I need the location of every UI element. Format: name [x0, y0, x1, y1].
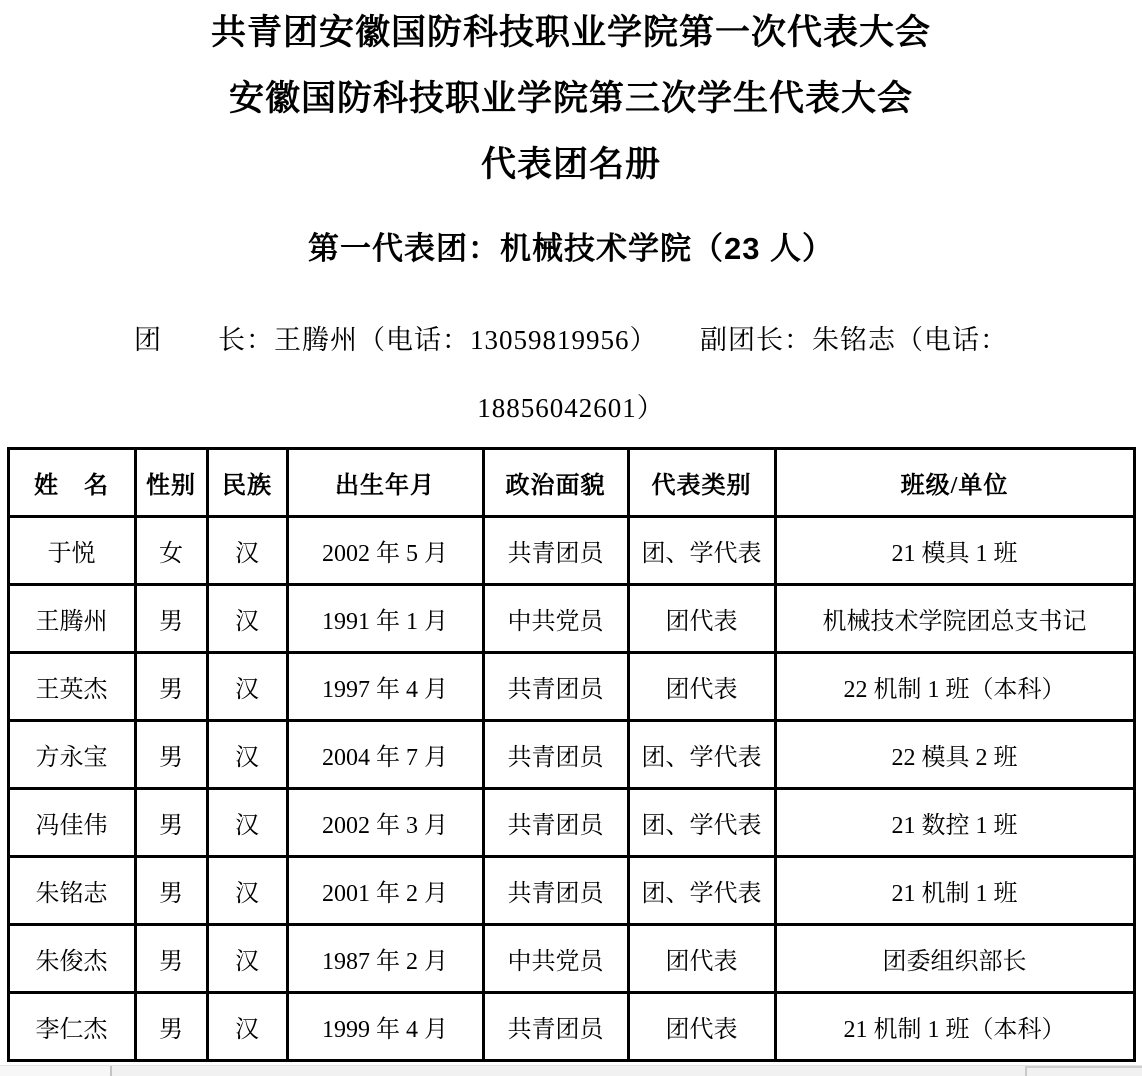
- scrollbar-thumb[interactable]: [0, 1066, 112, 1076]
- table-row: 王英杰男汉1997 年 4 月共青团员团代表22 机制 1 班（本科）: [8, 653, 1134, 721]
- table-cell: 汉: [207, 721, 287, 789]
- table-cell: 共青团员: [483, 517, 628, 585]
- table-cell: 汉: [207, 789, 287, 857]
- table-cell: 机械技术学院团总支书记: [775, 585, 1134, 653]
- table-cell: 2004 年 7 月: [287, 721, 483, 789]
- table-cell: 男: [135, 789, 207, 857]
- roster-table: 姓 名性别民族出生年月政治面貌代表类别班级/单位 于悦女汉2002 年 5 月共…: [7, 447, 1136, 1062]
- title-line-3: 代表团名册: [0, 132, 1142, 198]
- table-cell: 男: [135, 653, 207, 721]
- table-row: 朱铭志男汉2001 年 2 月共青团员团、学代表21 机制 1 班: [8, 857, 1134, 925]
- table-cell: 中共党员: [483, 925, 628, 993]
- title-line-1: 共青团安徽国防科技职业学院第一次代表大会: [0, 0, 1142, 66]
- table-cell: 汉: [207, 925, 287, 993]
- table-cell: 共青团员: [483, 857, 628, 925]
- column-header: 政治面貌: [483, 449, 628, 517]
- table-cell: 于悦: [8, 517, 135, 585]
- table-cell: 团、学代表: [628, 857, 775, 925]
- column-header: 性别: [135, 449, 207, 517]
- column-header: 代表类别: [628, 449, 775, 517]
- table-cell: 1987 年 2 月: [287, 925, 483, 993]
- table-cell: 2001 年 2 月: [287, 857, 483, 925]
- table-cell: 1999 年 4 月: [287, 993, 483, 1061]
- table-cell: 22 机制 1 班（本科）: [775, 653, 1134, 721]
- document-page: 共青团安徽国防科技职业学院第一次代表大会 安徽国防科技职业学院第三次学生代表大会…: [0, 0, 1142, 1076]
- table-cell: 女: [135, 517, 207, 585]
- table-cell: 21 机制 1 班: [775, 857, 1134, 925]
- table-cell: 男: [135, 857, 207, 925]
- table-cell: 22 模具 2 班: [775, 721, 1134, 789]
- table-header-row: 姓 名性别民族出生年月政治面貌代表类别班级/单位: [8, 449, 1134, 517]
- table-cell: 李仁杰: [8, 993, 135, 1061]
- table-cell: 朱俊杰: [8, 925, 135, 993]
- table-row: 于悦女汉2002 年 5 月共青团员团、学代表21 模具 1 班: [8, 517, 1134, 585]
- document-title: 共青团安徽国防科技职业学院第一次代表大会 安徽国防科技职业学院第三次学生代表大会…: [0, 0, 1142, 198]
- table-cell: 共青团员: [483, 653, 628, 721]
- table-cell: 团代表: [628, 585, 775, 653]
- table-cell: 中共党员: [483, 585, 628, 653]
- leaders-contact: 团 长：王腾州（电话：13059819956） 副团长：朱铭志（电话： 1885…: [0, 306, 1142, 442]
- table-body: 于悦女汉2002 年 5 月共青团员团、学代表21 模具 1 班王腾州男汉199…: [8, 517, 1134, 1061]
- table-cell: 方永宝: [8, 721, 135, 789]
- title-line-2: 安徽国防科技职业学院第三次学生代表大会: [0, 66, 1142, 132]
- table-row: 王腾州男汉1991 年 1 月中共党员团代表机械技术学院团总支书记: [8, 585, 1134, 653]
- table-cell: 1997 年 4 月: [287, 653, 483, 721]
- table-cell: 团、学代表: [628, 721, 775, 789]
- table-cell: 男: [135, 925, 207, 993]
- table-cell: 男: [135, 993, 207, 1061]
- table-cell: 王英杰: [8, 653, 135, 721]
- table-cell: 汉: [207, 585, 287, 653]
- scrollbar-track-edge: [1025, 1066, 1142, 1068]
- table-cell: 男: [135, 721, 207, 789]
- table-cell: 2002 年 5 月: [287, 517, 483, 585]
- table-cell: 共青团员: [483, 993, 628, 1061]
- table-cell: 2002 年 3 月: [287, 789, 483, 857]
- table-row: 朱俊杰男汉1987 年 2 月中共党员团代表团委组织部长: [8, 925, 1134, 993]
- table-row: 冯佳伟男汉2002 年 3 月共青团员团、学代表21 数控 1 班: [8, 789, 1134, 857]
- leaders-line-1: 团 长：王腾州（电话：13059819956） 副团长：朱铭志（电话：: [0, 306, 1142, 374]
- table-cell: 王腾州: [8, 585, 135, 653]
- table-cell: 汉: [207, 517, 287, 585]
- leaders-line-2: 18856042601）: [0, 374, 1142, 442]
- table-cell: 汉: [207, 857, 287, 925]
- table-cell: 团代表: [628, 653, 775, 721]
- column-header: 民族: [207, 449, 287, 517]
- column-header: 出生年月: [287, 449, 483, 517]
- column-header: 班级/单位: [775, 449, 1134, 517]
- table-cell: 21 数控 1 班: [775, 789, 1134, 857]
- table-cell: 男: [135, 585, 207, 653]
- table-cell: 1991 年 1 月: [287, 585, 483, 653]
- table-cell: 冯佳伟: [8, 789, 135, 857]
- table-cell: 21 机制 1 班（本科）: [775, 993, 1134, 1061]
- table-cell: 团、学代表: [628, 517, 775, 585]
- column-header: 姓 名: [8, 449, 135, 517]
- table-cell: 团代表: [628, 993, 775, 1061]
- table-cell: 共青团员: [483, 789, 628, 857]
- table-cell: 汉: [207, 653, 287, 721]
- table-cell: 共青团员: [483, 721, 628, 789]
- table-cell: 团代表: [628, 925, 775, 993]
- table-cell: 朱铭志: [8, 857, 135, 925]
- table-row: 李仁杰男汉1999 年 4 月共青团员团代表21 机制 1 班（本科）: [8, 993, 1134, 1061]
- table-cell: 团委组织部长: [775, 925, 1134, 993]
- table-row: 方永宝男汉2004 年 7 月共青团员团、学代表22 模具 2 班: [8, 721, 1134, 789]
- table-cell: 21 模具 1 班: [775, 517, 1134, 585]
- horizontal-scrollbar[interactable]: [0, 1065, 1142, 1076]
- table-cell: 汉: [207, 993, 287, 1061]
- delegation-heading: 第一代表团：机械技术学院（23 人）: [0, 225, 1142, 273]
- table-cell: 团、学代表: [628, 789, 775, 857]
